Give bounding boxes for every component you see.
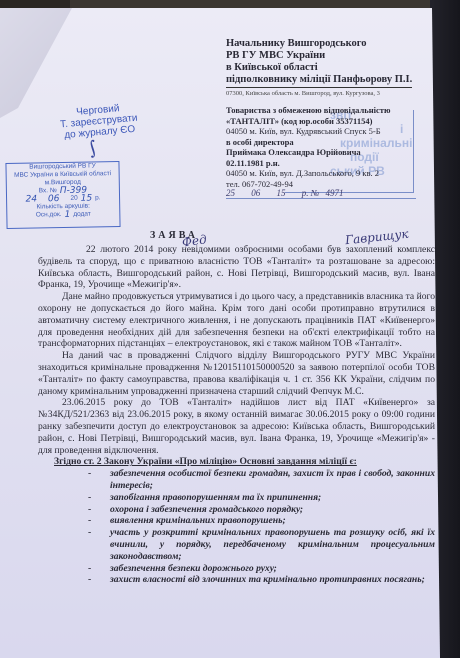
- director-address: 04050 м. Київ, вул. Д.Запольського, 9 кв…: [226, 168, 426, 179]
- company-name: Товариства з обмеженою відповідальністю: [226, 105, 426, 116]
- addressee-line: Начальнику Вишгородського: [226, 38, 426, 50]
- addressee-block: Начальнику Вишгородського РВ ГУ МВС Укра…: [226, 38, 426, 98]
- addressee-line: в Київської області: [226, 62, 426, 74]
- addressee-line: РВ ГУ МВС України: [226, 50, 426, 62]
- reg-month: 06: [251, 188, 260, 198]
- director-dob: 02.11.1981 р.н.: [226, 158, 426, 169]
- director-name: Приймака Олександра Юрійовича: [226, 147, 426, 158]
- paragraph: 22 лютого 2014 року невідомими озброєним…: [38, 244, 435, 291]
- paragraph: 23.06.2015 року до ТОВ «Танталіт» надійш…: [38, 397, 435, 456]
- list-item: забезпечення особистої безпеки громадян,…: [88, 468, 435, 492]
- addressee-address: 07300, Київська область м. Вишгород, вул…: [226, 89, 426, 98]
- represented-by: в особі директора: [226, 137, 426, 148]
- police-duties-list: забезпечення особистої безпеки громадян,…: [38, 468, 435, 586]
- company-address: 04050 м. Київ, вул. Кудрявський Спуск 5-…: [226, 126, 426, 137]
- reg-day: 25: [226, 188, 235, 198]
- sender-block: Товариства з обмеженою відповідальністю …: [226, 105, 426, 189]
- law-heading: Згідно ст. 2 Закону України «Про міліцію…: [38, 456, 435, 468]
- list-item: забезпечення безпеки дорожнього руху;: [88, 563, 435, 575]
- reg-number: 4971: [326, 188, 344, 198]
- addressee-name: підполковнику міліції Панфьорову П.І.: [226, 74, 412, 88]
- list-item: виявлення кримінальних правопорушень;: [88, 515, 435, 527]
- reg-number-label: р. №: [302, 188, 320, 198]
- company-name-code: «ТАНТАЛІТ» (код юр.особи 35371154): [226, 116, 426, 127]
- paragraph: Дане майно продовжується утримуватися і …: [38, 291, 435, 350]
- list-item: запобігання правопорушенням та їх припин…: [88, 492, 435, 504]
- reg-year: 15: [277, 188, 286, 198]
- registration-number-line: 25 06 15 р. № 4971: [226, 188, 416, 199]
- duty-officer-note: Черговий Т. зареєструвати до журналу ЄО: [59, 102, 139, 142]
- paragraph: На даний час в провадженні Слідчого відд…: [38, 350, 435, 397]
- list-item: охорона і забезпечення громадського поря…: [88, 504, 435, 516]
- statement-body: 22 лютого 2014 року невідомими озброєним…: [38, 244, 435, 586]
- list-item: участь у розкритті кримінальних правопор…: [88, 527, 435, 562]
- incoming-registration-stamp: Вишгородський РВ ГУ МВС України в Київсь…: [5, 161, 120, 229]
- list-item: захист власності від злочинних та кримін…: [88, 574, 435, 586]
